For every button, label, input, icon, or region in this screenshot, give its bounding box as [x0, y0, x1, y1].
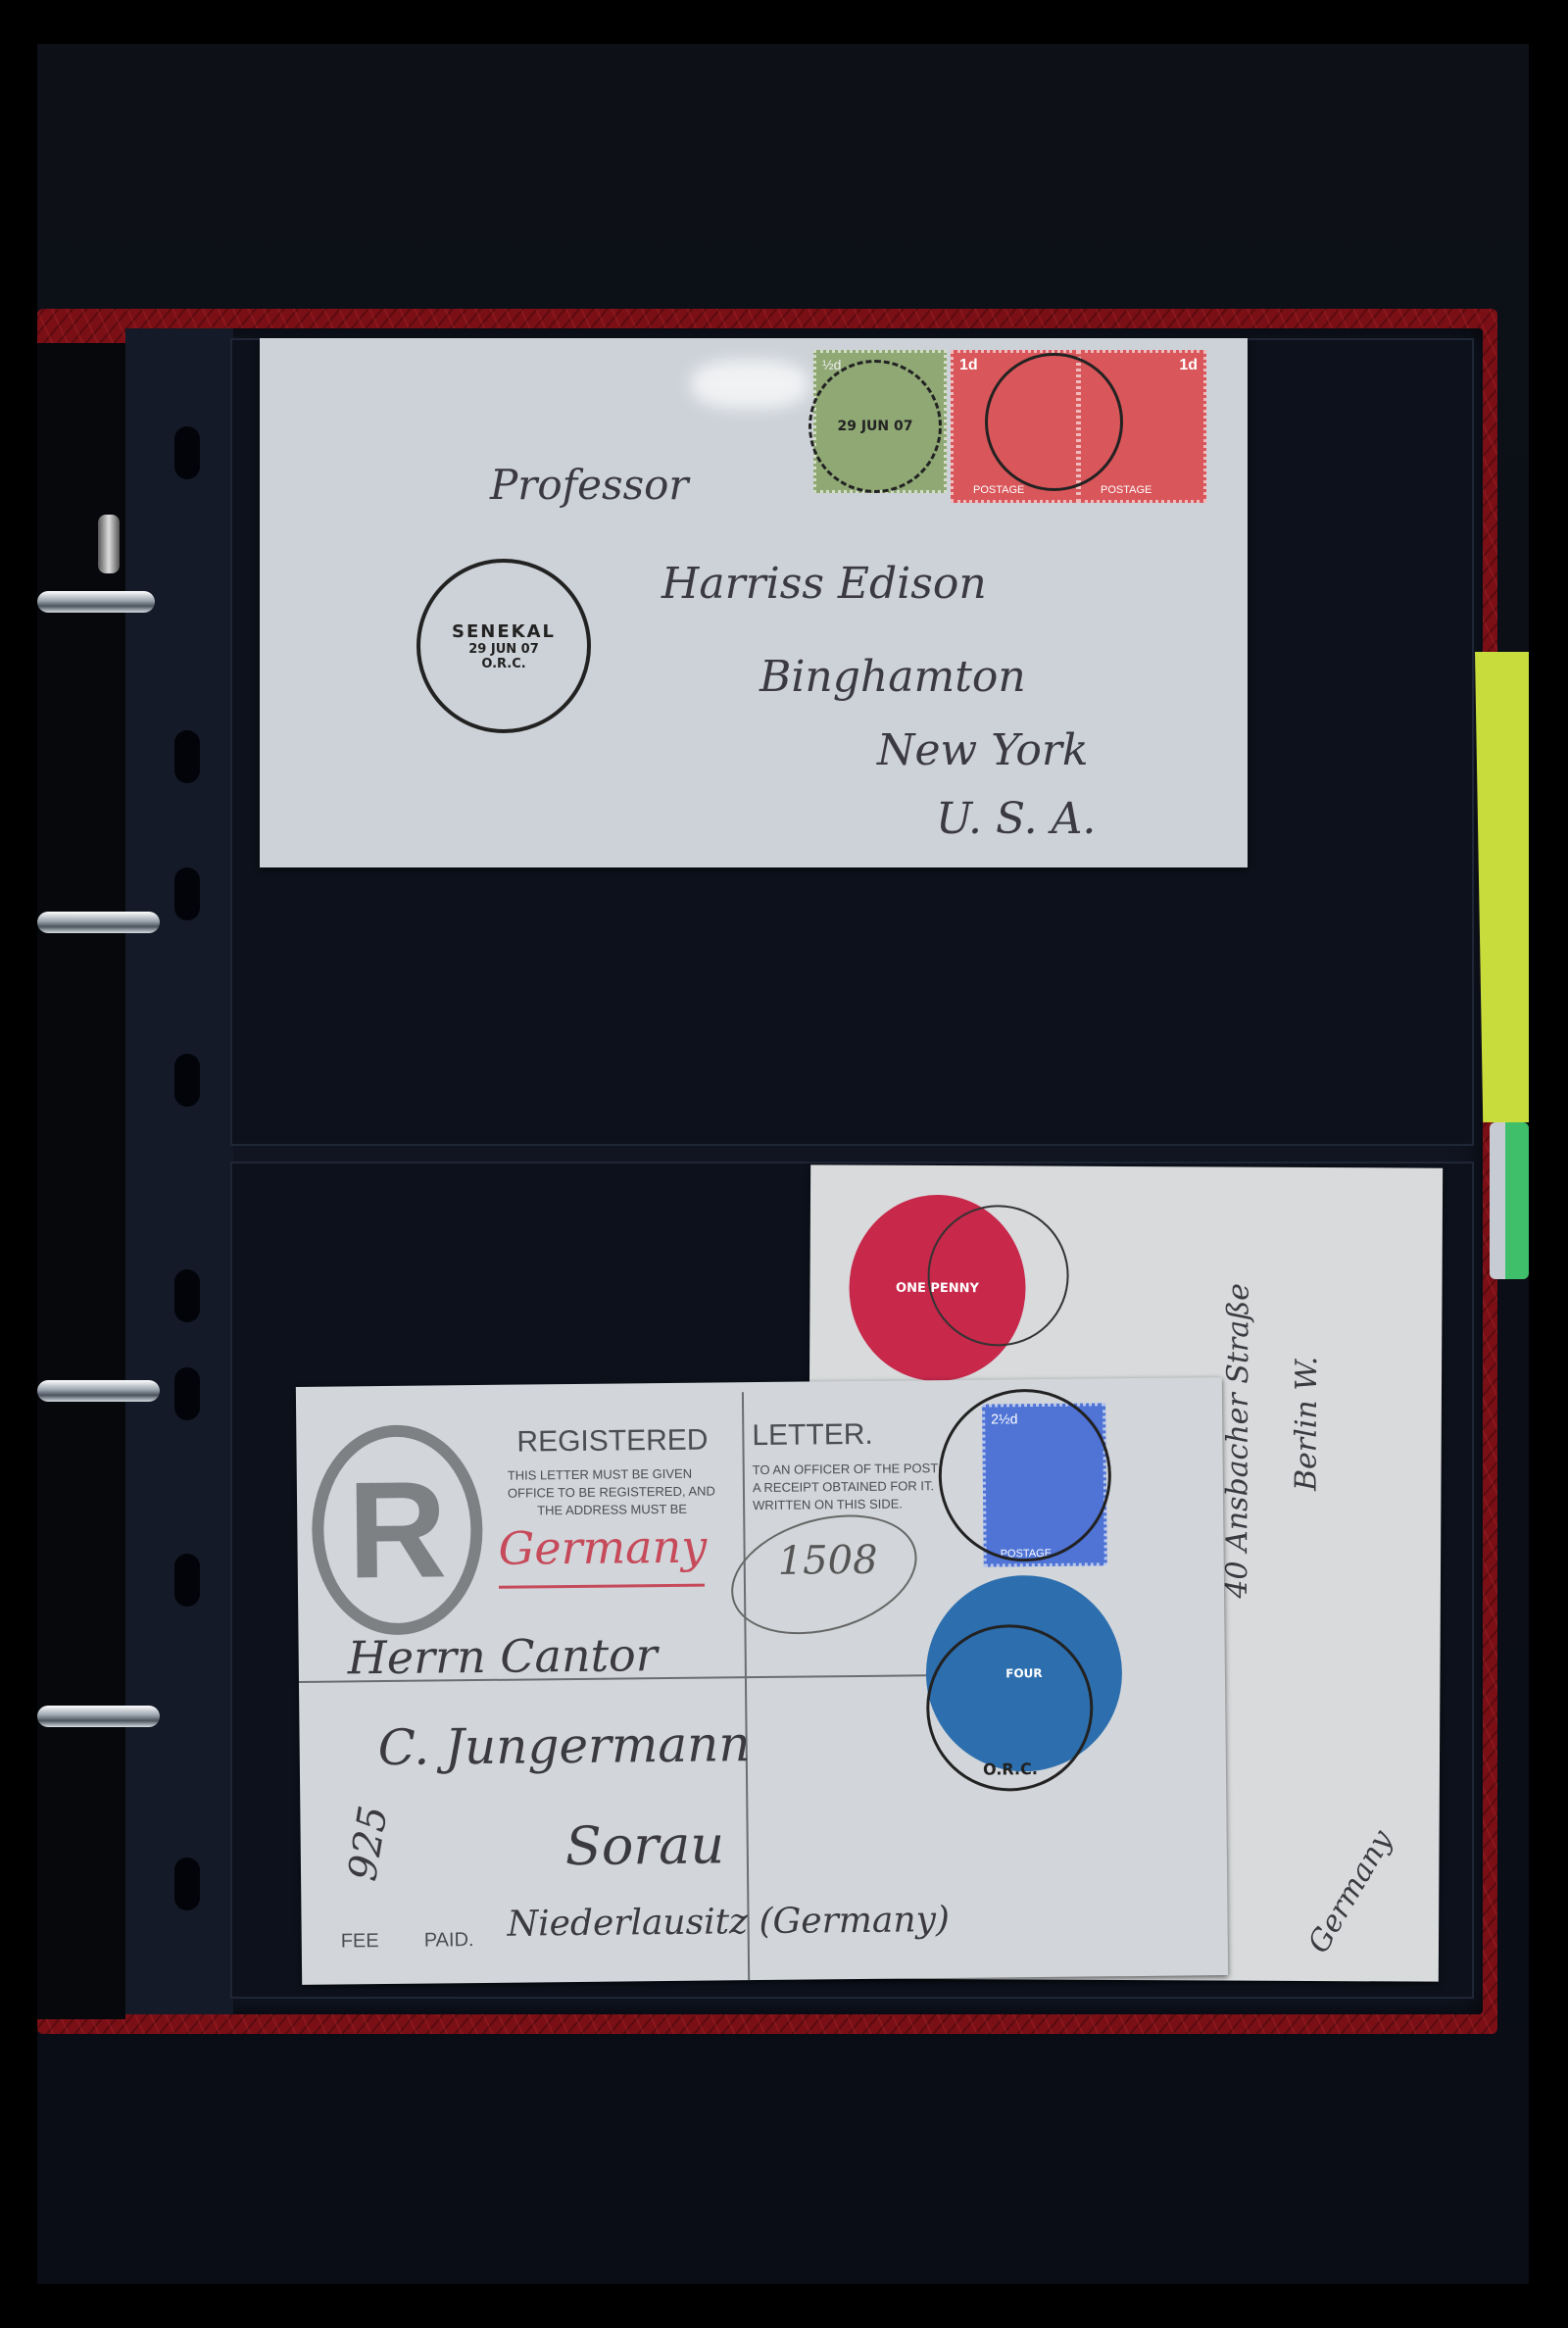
- address-line: 40 Ansbacher Straße: [1220, 1283, 1256, 1599]
- cover-2-registered-envelope: R REGISTERED LETTER. THIS LETTER MUST BE…: [296, 1377, 1228, 1985]
- glare: [691, 360, 808, 409]
- underline: [499, 1584, 705, 1589]
- postmark: [927, 1205, 1069, 1347]
- address-line: C. Jungermann: [377, 1715, 750, 1776]
- postmark: 29 JUN 07: [808, 360, 942, 493]
- side-number: 925: [340, 1803, 397, 1884]
- punch-hole: [174, 867, 200, 920]
- address-line: Sorau: [564, 1813, 724, 1877]
- header-letter: LETTER.: [752, 1418, 873, 1453]
- binder-ring[interactable]: [37, 1380, 160, 1402]
- punch-strip: OPTIMA Made in Germany: [125, 328, 233, 2014]
- punch-hole: [174, 1054, 200, 1107]
- address-line: Binghamton: [759, 652, 1026, 702]
- address-line: Berlin W.: [1289, 1357, 1324, 1492]
- orc-postmark: O.R.C.: [925, 1623, 1094, 1792]
- binder-ring[interactable]: [37, 912, 160, 933]
- divider-line: [742, 1392, 750, 1980]
- binder-ring[interactable]: [37, 591, 155, 613]
- fee-label: FEE: [341, 1930, 379, 1953]
- green-index-tab[interactable]: [1490, 1122, 1529, 1279]
- punch-hole: [174, 1857, 200, 1910]
- senekal-postmark: SENEKAL 29 JUN 07 O.R.C.: [416, 559, 591, 733]
- address-line: U. S. A.: [936, 794, 1096, 844]
- punch-hole: [174, 1554, 200, 1607]
- yellow-index-tab[interactable]: [1475, 652, 1529, 1122]
- registration-number: 1508: [777, 1538, 877, 1584]
- punch-hole: [174, 426, 200, 479]
- ring-post: [98, 515, 120, 573]
- registered-r-mark: R: [311, 1424, 483, 1636]
- postmark: [938, 1388, 1112, 1562]
- address-line: New York: [877, 725, 1089, 775]
- header-registered: REGISTERED: [516, 1424, 708, 1460]
- paid-label: PAID.: [424, 1929, 474, 1953]
- address-line: Niederlausitz (Germany): [507, 1900, 950, 1945]
- postmark: [985, 353, 1123, 491]
- country-note: Germany: [498, 1520, 707, 1575]
- address-line: Germany: [1301, 1824, 1399, 1958]
- punch-hole: [174, 1269, 200, 1322]
- punch-hole: [174, 730, 200, 783]
- cover-1-envelope: ½d 1d POSTAGE 1d POSTAGE 29 JUN 07 SENEK…: [260, 338, 1248, 867]
- address-line: Professor: [490, 461, 689, 509]
- punch-hole: [174, 1367, 200, 1420]
- address-line: Herrn Cantor: [347, 1628, 658, 1684]
- address-line: Harriss Edison: [661, 559, 987, 609]
- binder-ring[interactable]: [37, 1706, 160, 1727]
